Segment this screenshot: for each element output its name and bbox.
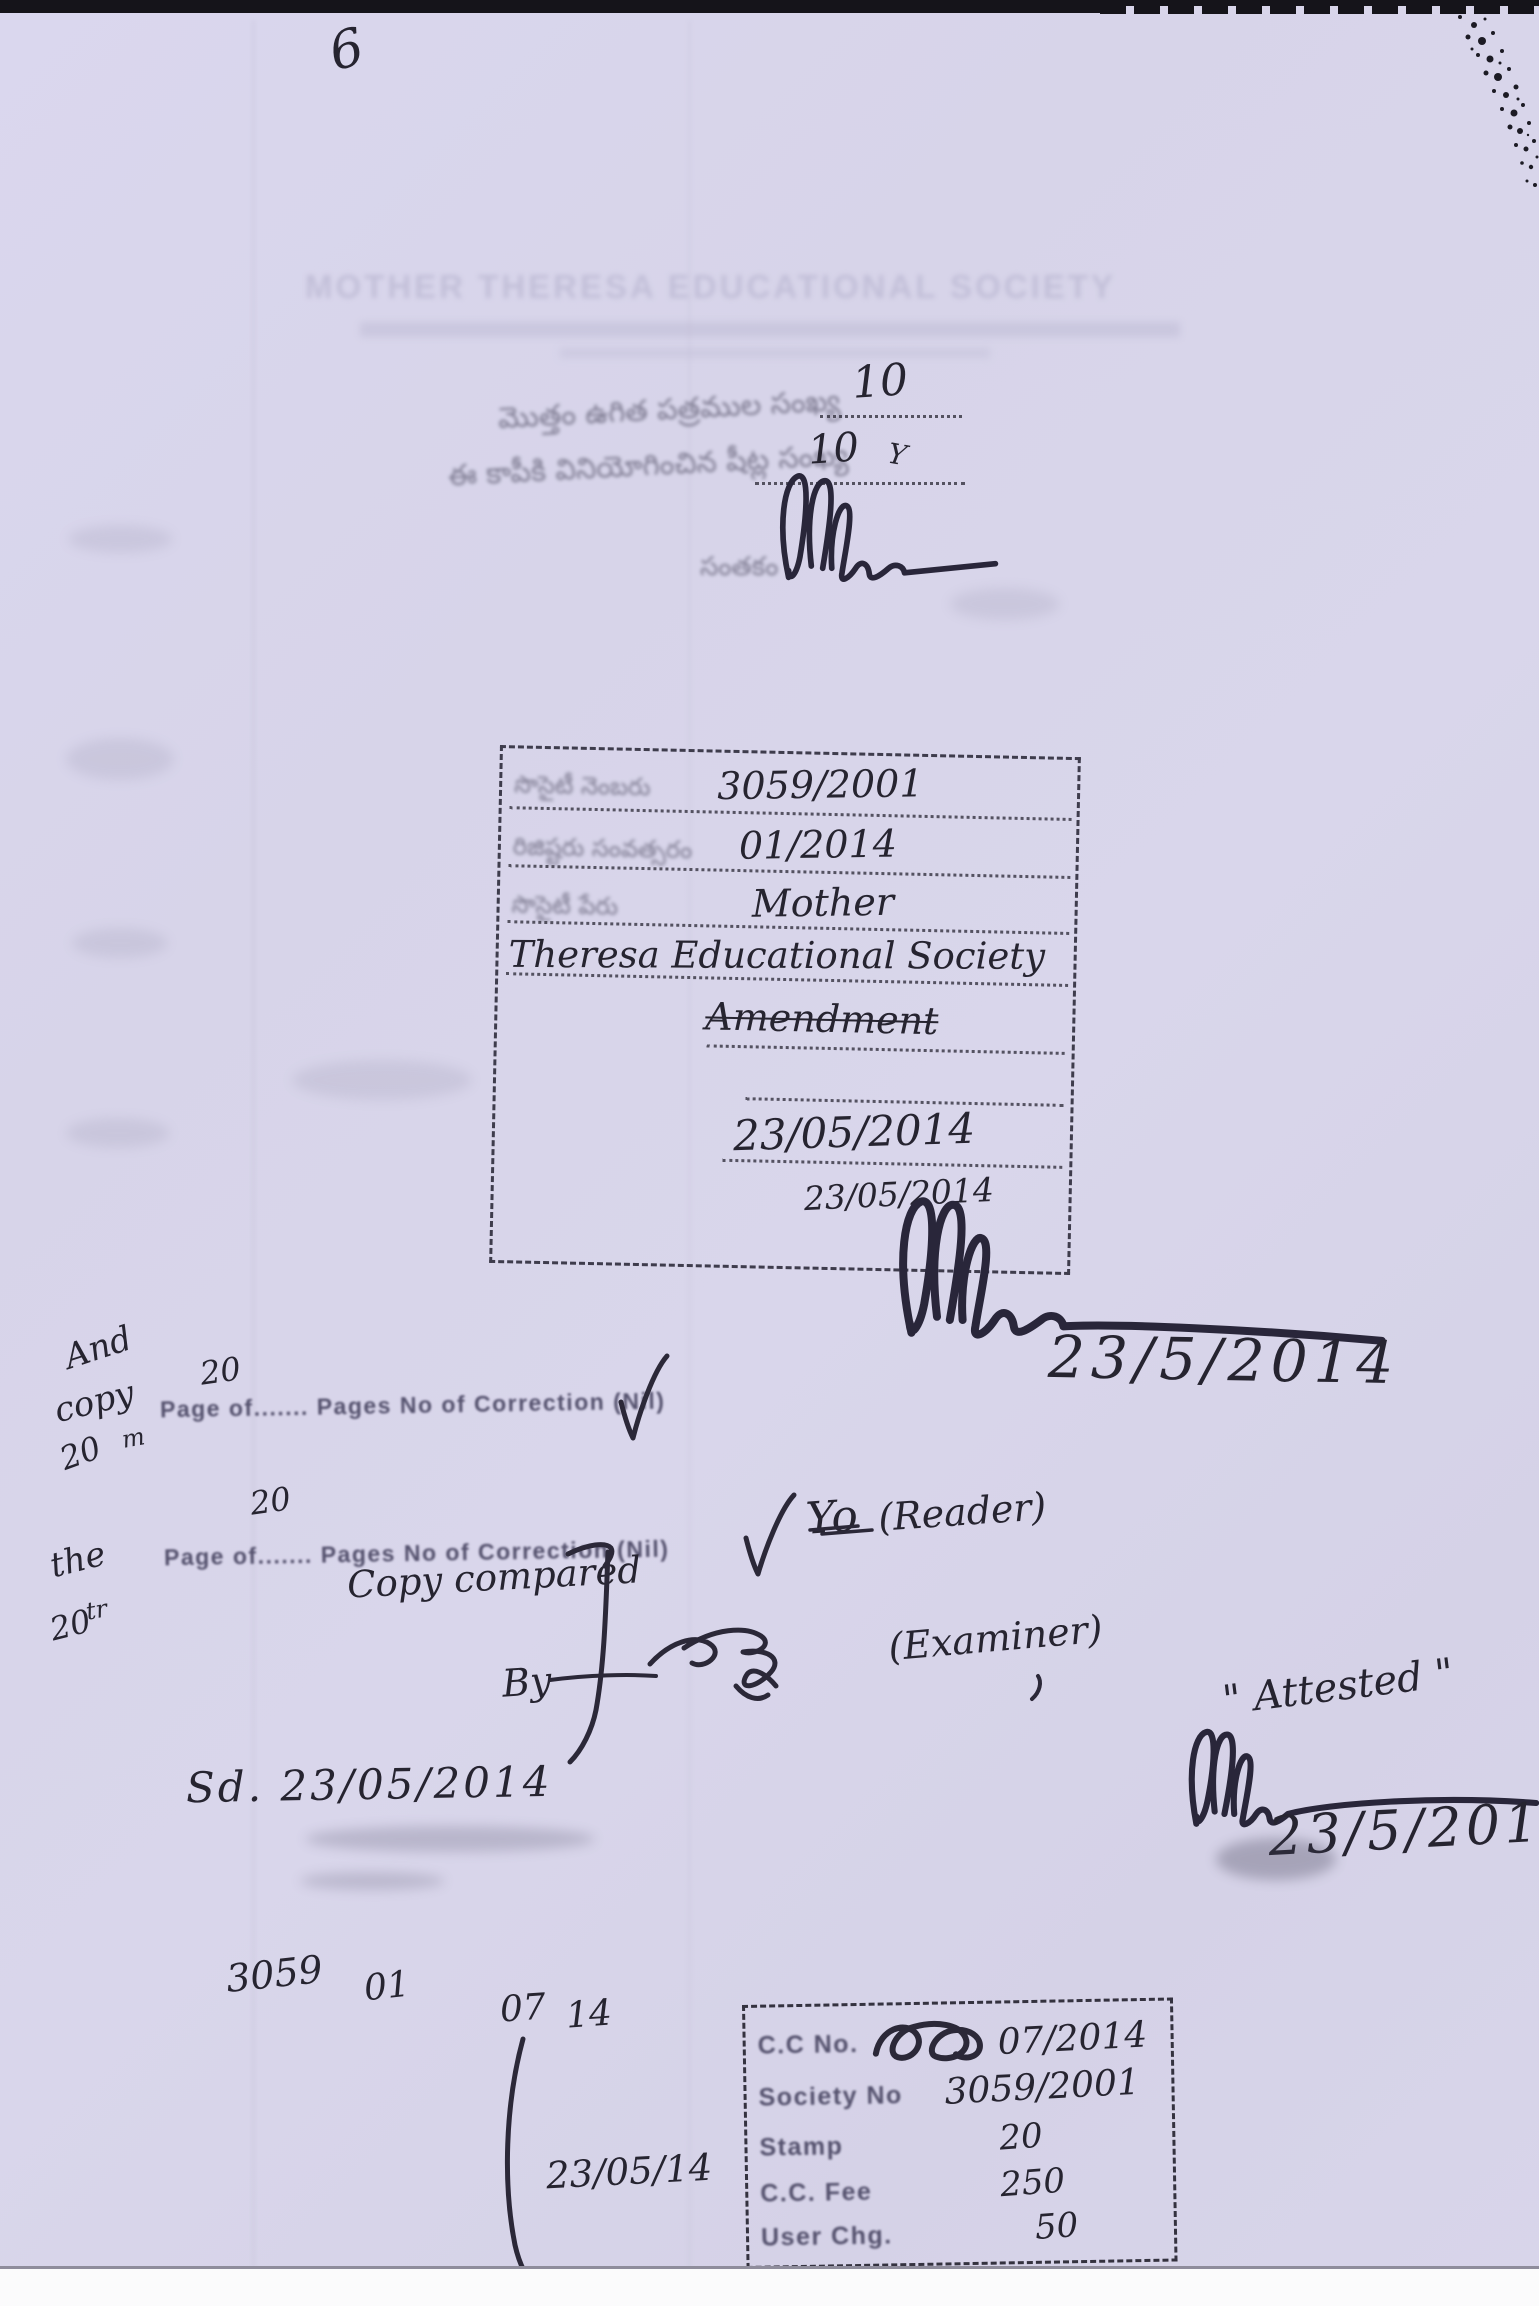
attested-text: " Attested " (1220, 1650, 1456, 1724)
society-no-value-stamp: 3059/2001 (944, 2062, 1141, 2113)
reader-initials: Yo (804, 1490, 859, 1544)
society-no-label: సొసైటీ నెంబరు (514, 770, 651, 807)
margin-sup-20-b: 20 (248, 1479, 294, 1522)
margin-left-20-b: 20 (46, 1602, 95, 1649)
reg-year-value: 01/2014 (739, 822, 897, 868)
total-sheets-label: మొత్తం ఉగిత పత్రముల సంఖ్య (497, 383, 841, 443)
bleed-smudge-1 (68, 525, 173, 553)
cc-no-value: 07/2014 (997, 2014, 1149, 2063)
bleed-smudge-2 (66, 738, 174, 780)
margin-word-copy: copy (50, 1373, 138, 1431)
box-date-1: 23/05/2014 (732, 1104, 975, 1161)
bleed-smudge-4 (66, 1118, 170, 1148)
examiner-comma (1028, 1672, 1048, 1702)
rule-5 (707, 1044, 1065, 1054)
big-date: 23/5/2014 (1047, 1323, 1400, 1397)
margin-sup-20-a: 20 (198, 1349, 244, 1392)
margin-left-20-a: 20 (55, 1428, 106, 1478)
user-charge-label: User Chg. (761, 2221, 893, 2252)
ghost-header: MOTHER THERESA EDUCATIONAL SOCIETY (305, 268, 1116, 306)
ghost-subheader-smudge-1 (360, 322, 1180, 337)
examiner-label: (Examiner) (886, 1607, 1104, 1670)
bleed-smudge-3 (72, 928, 168, 958)
toner-speckles (1430, 5, 1539, 195)
by-label: By (501, 1658, 553, 1705)
checkmark-1 (615, 1350, 675, 1446)
correction-stamp-line-1: Page of....... Pages No of Correction (N… (160, 1388, 666, 1424)
bleed-smudge-6 (950, 588, 1060, 620)
margin-word-the: the (46, 1534, 110, 1586)
corner-mark: 6 (323, 17, 370, 83)
ghost-subheader-smudge-2 (560, 348, 990, 358)
sd-smudge-2 (300, 1872, 445, 1890)
stamp-fee-value: 20 (998, 2116, 1044, 2159)
short-date: 23/05/14 (545, 2146, 713, 2198)
bleed-smudge-5 (292, 1060, 472, 1100)
reader-label: (Reader) (877, 1484, 1048, 1540)
attested-date-smudge (1216, 1838, 1336, 1880)
registrar-signature-top (762, 466, 1022, 591)
sd-smudge-1 (305, 1826, 595, 1852)
society-no-value: 3059/2001 (717, 761, 924, 808)
checkmark-2 (740, 1490, 802, 1580)
fold-line-left (252, 20, 255, 2270)
compare-bracket (560, 1538, 620, 1768)
user-charge-value: 50 (1034, 2205, 1080, 2248)
total-sheets-value: 10 (850, 354, 909, 409)
cc-no-label: C.C No. (757, 2030, 858, 2061)
sd-date-line: Sd. 23/05/2014 (186, 1757, 553, 1812)
cc-no-scribble (865, 2012, 996, 2074)
margin-sub-m: m (120, 1422, 147, 1454)
cc-fee-value: 250 (999, 2161, 1067, 2205)
society-name-line2: Theresa Educational Society (509, 933, 1046, 978)
reader-strike (808, 1520, 874, 1536)
fee-stamp-box: C.C No. 07/2014 Society No 3059/2001 Sta… (742, 1997, 1178, 2268)
scanned-document-page: 6 MOTHER THERESA EDUCATIONAL SOCIETY మొత… (0, 0, 1539, 2306)
total-sheets-leader (820, 415, 962, 418)
examiner-signature (640, 1616, 890, 1711)
ref-year: 14 (565, 1992, 614, 2036)
purpose-value: Amendment (705, 994, 939, 1043)
society-no-label-stamp: Society No (758, 2081, 903, 2113)
society-name-line1: Mother (751, 880, 894, 926)
margin-word-and: And (59, 1318, 136, 1377)
stamp-fee-label: Stamp (759, 2132, 843, 2162)
rule-1 (510, 806, 1072, 821)
ref-society-no: 3059 (224, 1947, 325, 2001)
scan-bottom-edge (0, 2266, 1539, 2306)
cc-fee-label: C.C. Fee (760, 2178, 873, 2209)
ref-cc: 07 (499, 1986, 548, 2030)
rule-7 (722, 1159, 1062, 1169)
ref-month: 01 (362, 1964, 412, 2010)
